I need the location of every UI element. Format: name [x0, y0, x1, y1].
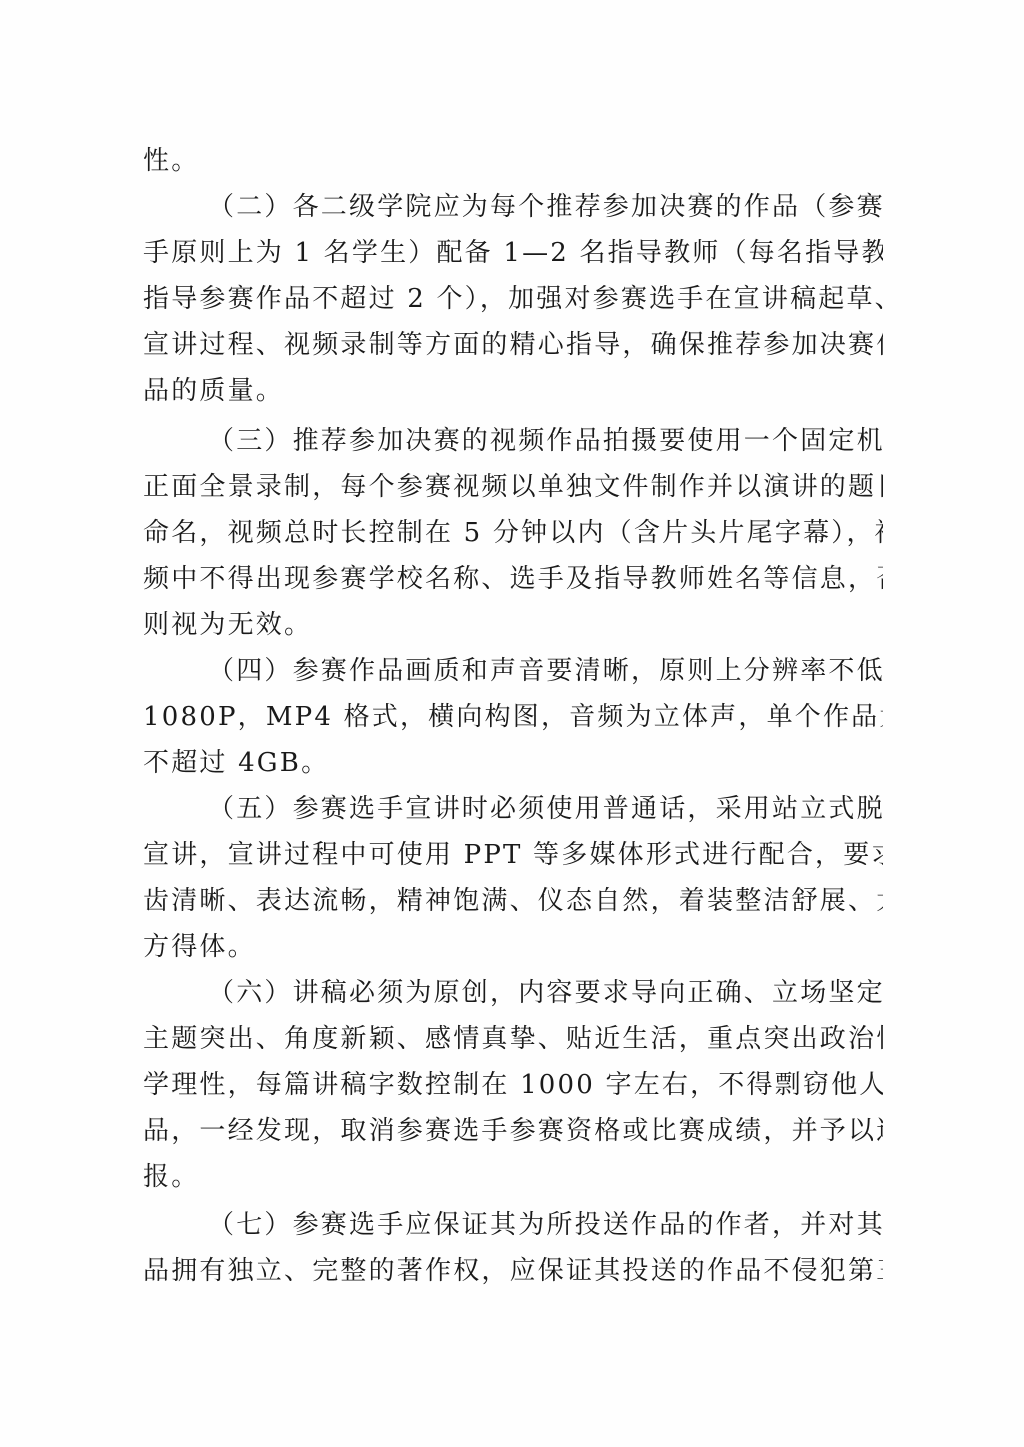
text-line: 宣讲过程、视频录制等方面的精心指导，确保推荐参加决赛作 — [143, 322, 883, 368]
text-line-item-6: （六）讲稿必须为原创，内容要求导向正确、立场坚定、 — [208, 970, 883, 1016]
text-line: 频中不得出现参赛学校名称、选手及指导教师姓名等信息，否 — [143, 556, 883, 602]
text-line: 手原则上为 1 名学生）配备 1—2 名指导教师（每名指导教师 — [143, 230, 883, 276]
document-page: 性。 （二）各二级学院应为每个推荐参加决赛的作品（参赛选 手原则上为 1 名学生… — [0, 0, 1024, 1447]
text-line: 命名，视频总时长控制在 5 分钟以内（含片头片尾字幕），视 — [143, 510, 883, 556]
text-line: 主题突出、角度新颖、感情真挚、贴近生活，重点突出政治性、 — [143, 1016, 883, 1062]
text-line: 方得体。 — [143, 924, 883, 970]
text-line: 学理性，每篇讲稿字数控制在 1000 字左右，不得剽窃他人作 — [143, 1062, 883, 1108]
text-line: 1080P，MP4 格式，横向构图，音频为立体声，单个作品大小 — [143, 694, 883, 740]
text-line-item-2: （二）各二级学院应为每个推荐参加决赛的作品（参赛选 — [208, 184, 883, 230]
text-line: 宣讲，宣讲过程中可使用 PPT 等多媒体形式进行配合，要求口 — [143, 832, 883, 878]
text-line-item-5: （五）参赛选手宣讲时必须使用普通话，采用站立式脱稿 — [208, 786, 883, 832]
text-line: 品，一经发现，取消参赛选手参赛资格或比赛成绩，并予以通 — [143, 1108, 883, 1154]
text-line: 齿清晰、表达流畅，精神饱满、仪态自然，着装整洁舒展、大 — [143, 878, 883, 924]
text-line-item-3: （三）推荐参加决赛的视频作品拍摄要使用一个固定机位 — [208, 418, 883, 464]
text-line-item-7: （七）参赛选手应保证其为所投送作品的作者，并对其作 — [208, 1202, 883, 1248]
text-line: 不超过 4GB。 — [143, 740, 883, 786]
text-line: 品的质量。 — [143, 368, 883, 414]
text-line-item-4: （四）参赛作品画质和声音要清晰，原则上分辨率不低于 — [208, 648, 883, 694]
text-line: 报。 — [143, 1154, 883, 1200]
text-line: 指导参赛作品不超过 2 个），加强对参赛选手在宣讲稿起草、 — [143, 276, 883, 322]
text-line: 性。 — [143, 138, 883, 184]
text-line: 正面全景录制，每个参赛视频以单独文件制作并以演讲的题目 — [143, 464, 883, 510]
text-line: 则视为无效。 — [143, 602, 883, 648]
text-line: 品拥有独立、完整的著作权，应保证其投送的作品不侵犯第三 — [143, 1248, 883, 1294]
